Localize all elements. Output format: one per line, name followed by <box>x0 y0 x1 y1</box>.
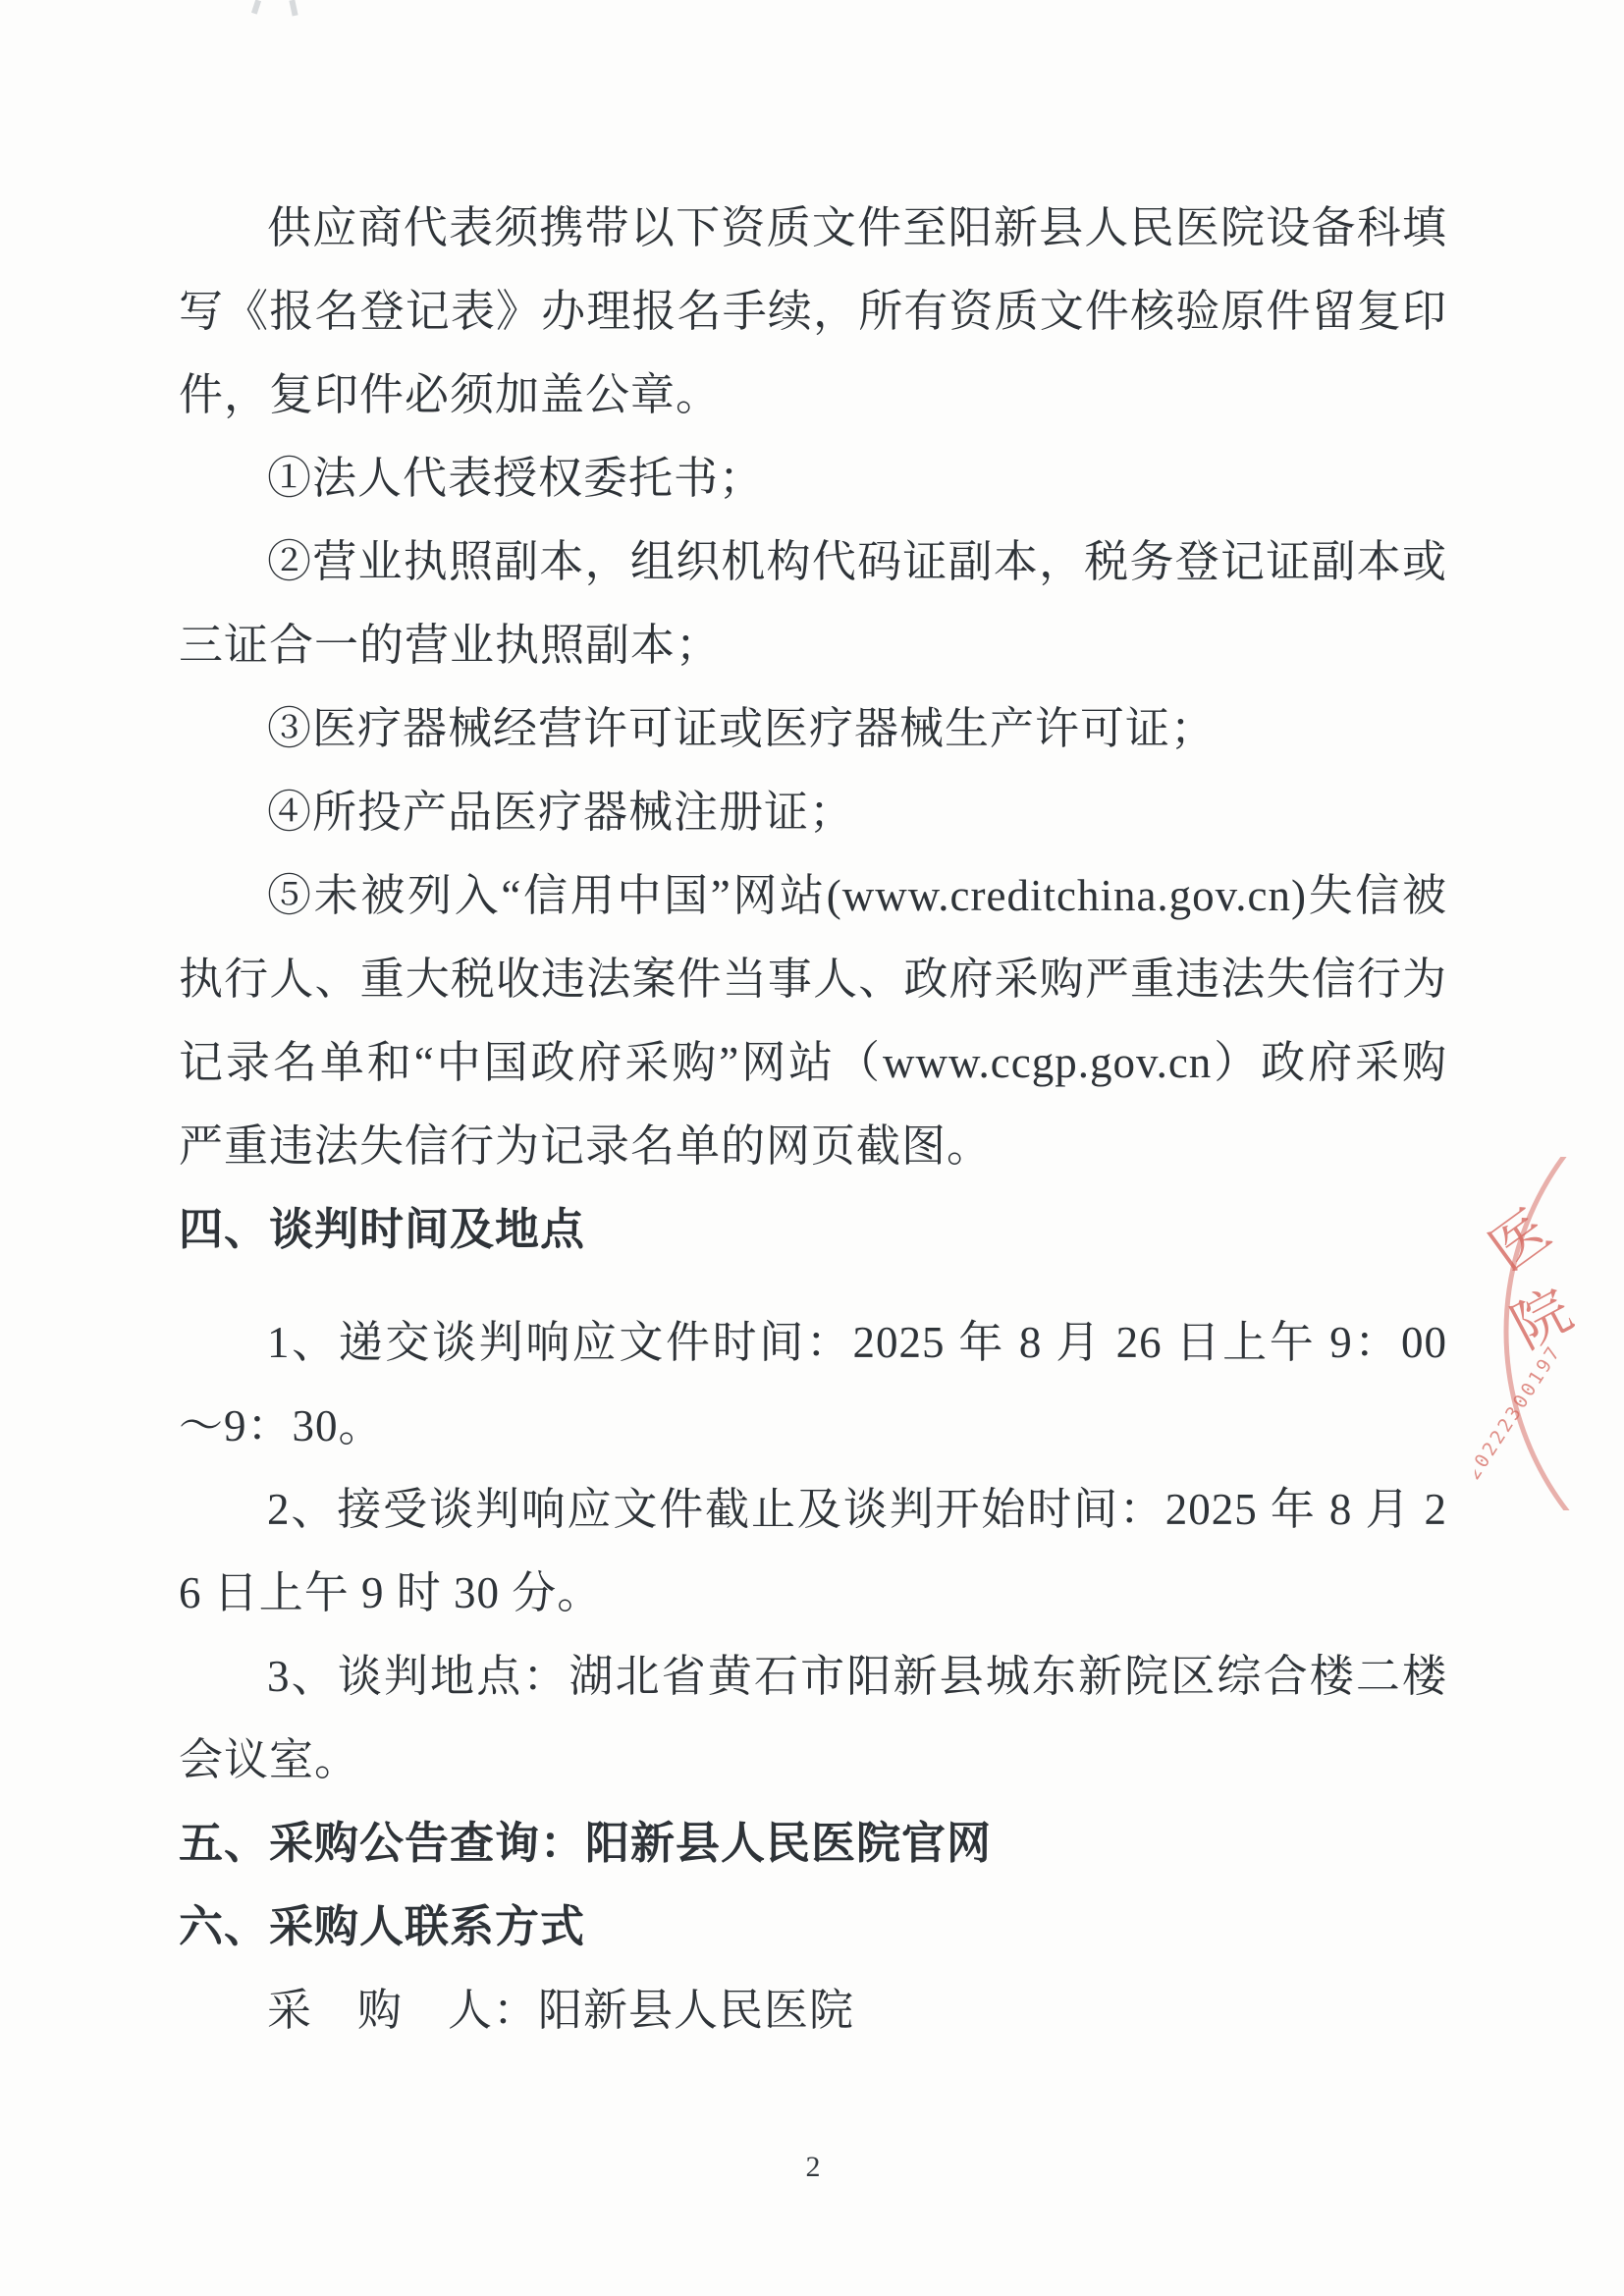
page-number: 2 <box>179 2151 1447 2184</box>
scan-artifact <box>289 0 298 16</box>
list-item-1-authorization: ①法人代表授权委托书； <box>179 437 1447 520</box>
scan-artifact <box>251 0 261 15</box>
seal-char-yuan: 院 <box>1502 1278 1583 1361</box>
document-page: 供应商代表须携带以下资质文件至阳新县人民医院设备科填写《报名登记表》办理报名手续… <box>0 0 1624 2296</box>
document-body: 供应商代表须携带以下资质文件至阳新县人民医院设备科填写《报名登记表》办理报名手续… <box>179 187 1447 2052</box>
subitem-2-deadline-start-time: 2、接受谈判响应文件截止及谈判开始时间：2025 年 8 月 26 日上午 9 … <box>179 1468 1447 1635</box>
purchaser-name-line: 采 购 人：阳新县人民医院 <box>179 1969 1447 2052</box>
seal-ring <box>1506 1157 1624 1510</box>
list-item-3-medical-device-license: ③医疗器械经营许可证或医疗器械生产许可证； <box>179 687 1447 771</box>
seal-serial-number: 20222300197 <box>1475 1341 1566 1484</box>
list-item-5-credit-check: ⑤未被列入“信用中国”网站(www.creditchina.gov.cn)失信被… <box>179 854 1447 1188</box>
subitem-1-submission-time: 1、递交谈判响应文件时间：2025 年 8 月 26 日上午 9：00～9：30… <box>179 1301 1447 1468</box>
section-heading-4-negotiation-time-place: 四、谈判时间及地点 <box>179 1188 1447 1272</box>
seal-char-yi: 医 <box>1478 1198 1561 1284</box>
list-item-4-registration-cert: ④所投产品医疗器械注册证； <box>179 771 1447 854</box>
section-heading-6-purchaser-contact: 六、采购人联系方式 <box>179 1886 1447 1969</box>
paragraph-supplier-requirements: 供应商代表须携带以下资质文件至阳新县人民医院设备科填写《报名登记表》办理报名手续… <box>179 187 1447 437</box>
list-item-2-business-license: ②营业执照副本，组织机构代码证副本，税务登记证副本或三证合一的营业执照副本； <box>179 520 1447 687</box>
subitem-3-negotiation-location: 3、谈判地点：湖北省黄石市阳新县城东新院区综合楼二楼会议室。 <box>179 1635 1447 1802</box>
hospital-seal-icon: 医 院 20222300197 <box>1475 1157 1624 1510</box>
section-heading-5-announcement-query: 五、采购公告查询：阳新县人民医院官网 <box>179 1802 1447 1886</box>
